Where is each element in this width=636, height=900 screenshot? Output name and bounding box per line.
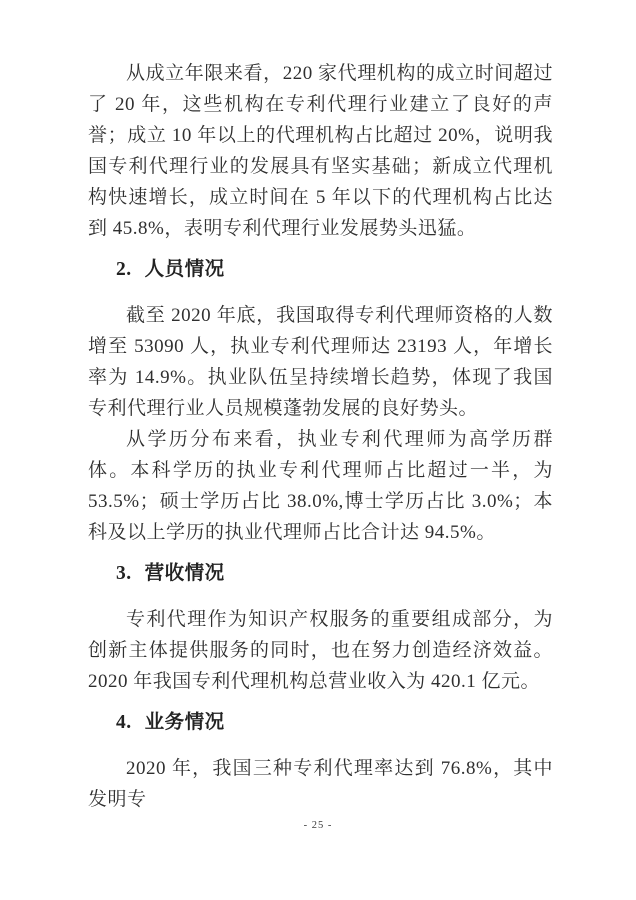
document-page: 从成立年限来看，220 家代理机构的成立时间超过了 20 年，这些机构在专利代理… [0, 0, 636, 900]
heading-title: 营收情况 [145, 563, 225, 584]
heading-title: 人员情况 [145, 259, 225, 280]
heading-title: 业务情况 [145, 712, 225, 733]
heading-number: 2. [116, 259, 132, 280]
heading-number: 4. [116, 712, 132, 733]
paragraph-personnel-education: 从学历分布来看，执业专利代理师为高学历群体。本科学历的执业专利代理师占比超过一半… [88, 424, 553, 548]
page-content: 从成立年限来看，220 家代理机构的成立时间超过了 20 年，这些机构在专利代理… [88, 58, 553, 815]
paragraph-personnel-count: 截至 2020 年底，我国取得专利代理师资格的人数增至 53090 人，执业专利… [88, 300, 553, 424]
section-heading-business: 4.业务情况 [88, 709, 553, 737]
heading-number: 3. [116, 563, 132, 584]
page-number: - 25 - [0, 820, 636, 831]
paragraph-revenue: 专利代理作为知识产权服务的重要组成部分，为创新主体提供服务的同时，也在努力创造经… [88, 604, 553, 697]
paragraph-business: 2020 年，我国三种专利代理率达到 76.8%，其中发明专 [88, 753, 553, 815]
section-heading-revenue: 3.营收情况 [88, 560, 553, 588]
paragraph-founding-years: 从成立年限来看，220 家代理机构的成立时间超过了 20 年，这些机构在专利代理… [88, 58, 553, 244]
section-heading-personnel: 2.人员情况 [88, 256, 553, 284]
